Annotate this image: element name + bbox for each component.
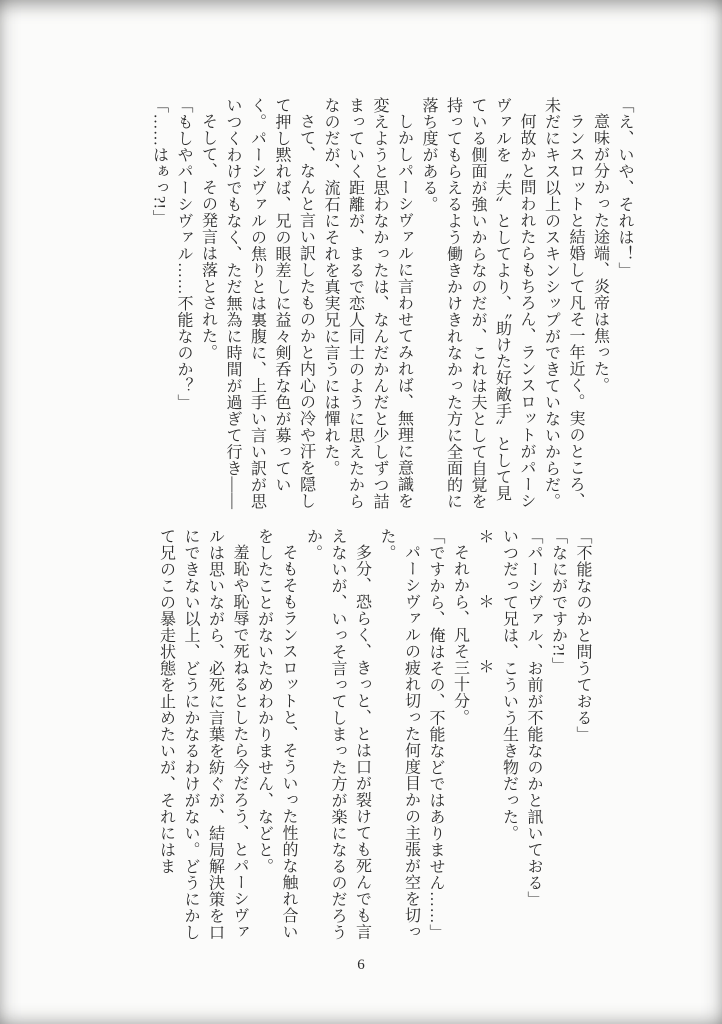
dialogue-line: 「え、いや、それは！」 (612, 97, 637, 511)
narration-line: 何故かと問われたらもちろん、ランスロットがパーシヴァルを〝夫〟としてより、〝助け… (416, 97, 539, 511)
dialogue-line: 「不能なのかと問うておる」 (570, 528, 595, 949)
narration-line: 多分、恐らく、きっと、とは口が裂けても死んでも言えないが、いっそ言ってしまった方… (300, 528, 374, 949)
narration-line: それから、凡そ三十分。 (447, 528, 472, 949)
dialogue-line: 「パーシヴァル、お前が不能なのかと訊いておる」 (521, 528, 546, 949)
narration-line: そもそもランスロットと、そういった性的な触れ合いをしたことがないためわかりません… (251, 528, 300, 949)
dialogue-line: 「なにがですか?!」 (545, 528, 570, 949)
dialogue-line: 「もしやパーシヴァル……不能なのか？」 (171, 97, 196, 511)
section-separator: ＊＊＊ (472, 528, 497, 949)
text-block-bottom: 「不能なのかと問うておる」 「なにがですか?!」 「パーシヴァル、お前が不能なの… (153, 528, 594, 949)
text-block-top: 「え、いや、それは！」 意味が分かった途端、炎帝は焦った。 ランスロットと結婚し… (146, 97, 636, 511)
narration-line: パーシヴァルの疲れ切った何度目かの主張が空を切った。 (374, 528, 423, 949)
narration-line: 羞恥や恥辱で死ねるとしたら今だろう、とパーシヴァルは思いながら、必死に言葉を紡ぐ… (153, 528, 251, 949)
dialogue-line: 「ですから、俺はその、不能などではありません……」 (423, 528, 448, 949)
scanned-novel-page: 「え、いや、それは！」 意味が分かった途端、炎帝は焦った。 ランスロットと結婚し… (0, 0, 722, 1024)
dialogue-line: 「……はぁっ?!」 (146, 97, 171, 511)
narration-line: しかしパーシヴァルに言わせてみれば、無理に意識を変えようと思わなかったは、なんだ… (318, 97, 416, 511)
narration-line: いつだって兄は、こういう生き物だった。 (496, 528, 521, 949)
page-number: 6 (0, 957, 722, 974)
narration-line: さて、なんと言い訳したものかと内心の冷や汗を隠して押し黙れば、兄の眼差しに益々剣… (220, 97, 318, 511)
narration-line: そして、その発言は落とされた。 (195, 97, 220, 511)
narration-line: 意味が分かった途端、炎帝は焦った。 (587, 97, 612, 511)
narration-line: ランスロットと結婚して凡そ一年近く。実のところ、未だにキス以上のスキンシップがで… (538, 97, 587, 511)
